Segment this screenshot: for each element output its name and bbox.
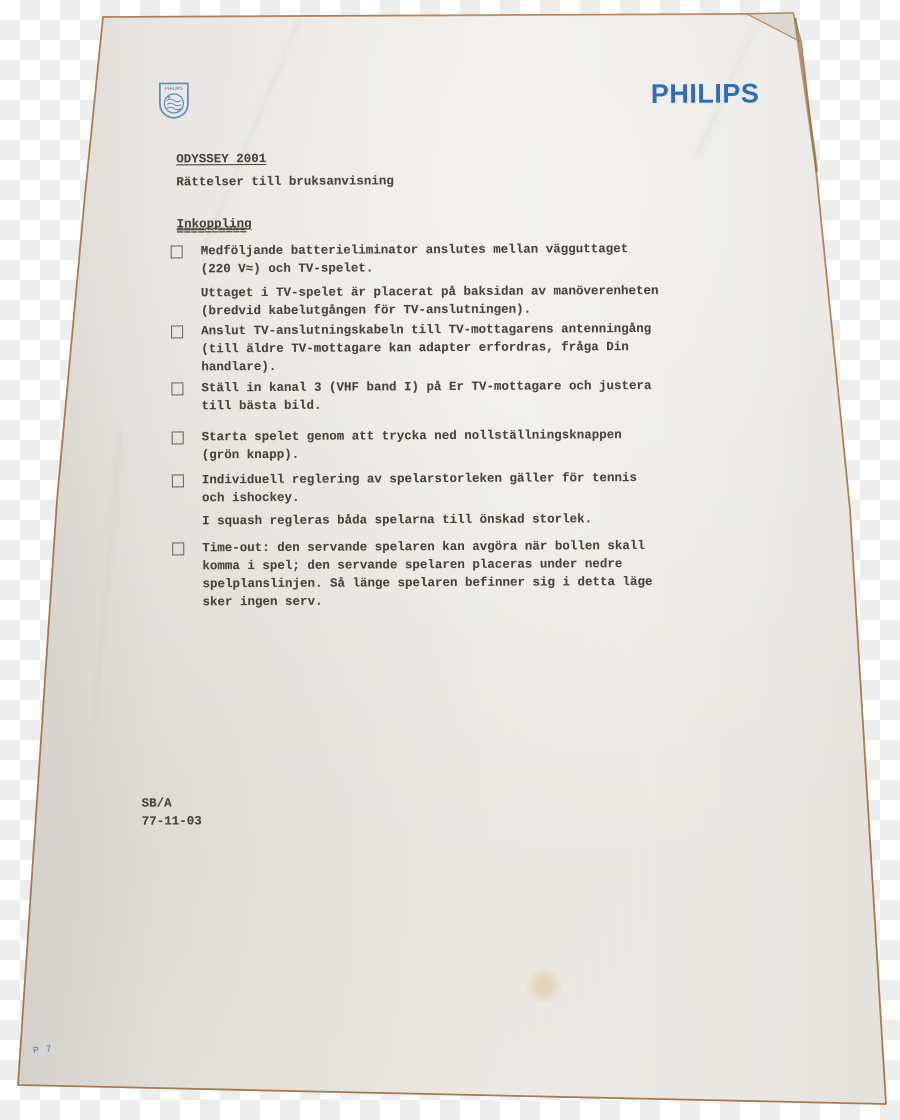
document-title: ODYSSEY 2001 [176, 150, 266, 168]
philips-shield-logo: PHILIPS [158, 81, 190, 119]
typed-text: I squash regleras båda spelarna till öns… [202, 510, 682, 531]
list-item: Starta spelet genom att trycka ned nolls… [202, 426, 682, 465]
typed-text: Uttaget i TV-spelet är placerat på baksi… [201, 282, 681, 321]
checkbox-glyph [171, 325, 183, 338]
footer-initials: SB/A [142, 794, 172, 812]
paragraph: Uttaget i TV-spelet är placerat på baksi… [201, 282, 681, 321]
typed-text: Ställ in kanal 3 (VHF band I) på Er TV-m… [201, 377, 681, 416]
document-subtitle: Rättelser till bruksanvisning [176, 172, 394, 191]
list-item: Time-out: den servande spelaren kan avgö… [202, 537, 682, 612]
typed-text: Medföljande batterieliminator anslutes m… [201, 240, 681, 279]
list-item: Medföljande batterieliminator anslutes m… [201, 240, 681, 279]
checkbox-glyph [172, 474, 184, 487]
philips-wordmark: PHILIPS [651, 80, 760, 108]
checkbox-glyph [172, 431, 184, 444]
typed-text: Individuell reglering av spelarstorleken… [202, 469, 682, 508]
list-item: Individuell reglering av spelarstorleken… [202, 469, 682, 508]
paragraph: I squash regleras båda spelarna till öns… [202, 510, 682, 531]
typed-text: Anslut TV-anslutningskabeln till TV-mott… [201, 320, 681, 377]
shield-wordmark: PHILIPS [165, 86, 183, 91]
document-content: PHILIPS PHILIPS ODYSSEY 2001 Rättelser t… [0, 0, 900, 1120]
checkbox-glyph [171, 245, 183, 258]
checkbox-glyph [171, 382, 183, 395]
image-canvas: PHILIPS PHILIPS ODYSSEY 2001 Rättelser t… [0, 0, 900, 1120]
footer-date: 77-11-03 [142, 812, 202, 830]
checkbox-glyph [172, 542, 184, 555]
list-item: Anslut TV-anslutningskabeln till TV-mott… [201, 320, 681, 377]
typed-text: Time-out: den servande spelaren kan avgö… [202, 537, 682, 612]
list-item: Ställ in kanal 3 (VHF band I) på Er TV-m… [201, 377, 681, 416]
section-heading-double-underline: ========== [177, 222, 247, 240]
typed-text: Starta spelet genom att trycka ned nolls… [202, 426, 682, 465]
corner-mark: P 7 [32, 1044, 54, 1055]
